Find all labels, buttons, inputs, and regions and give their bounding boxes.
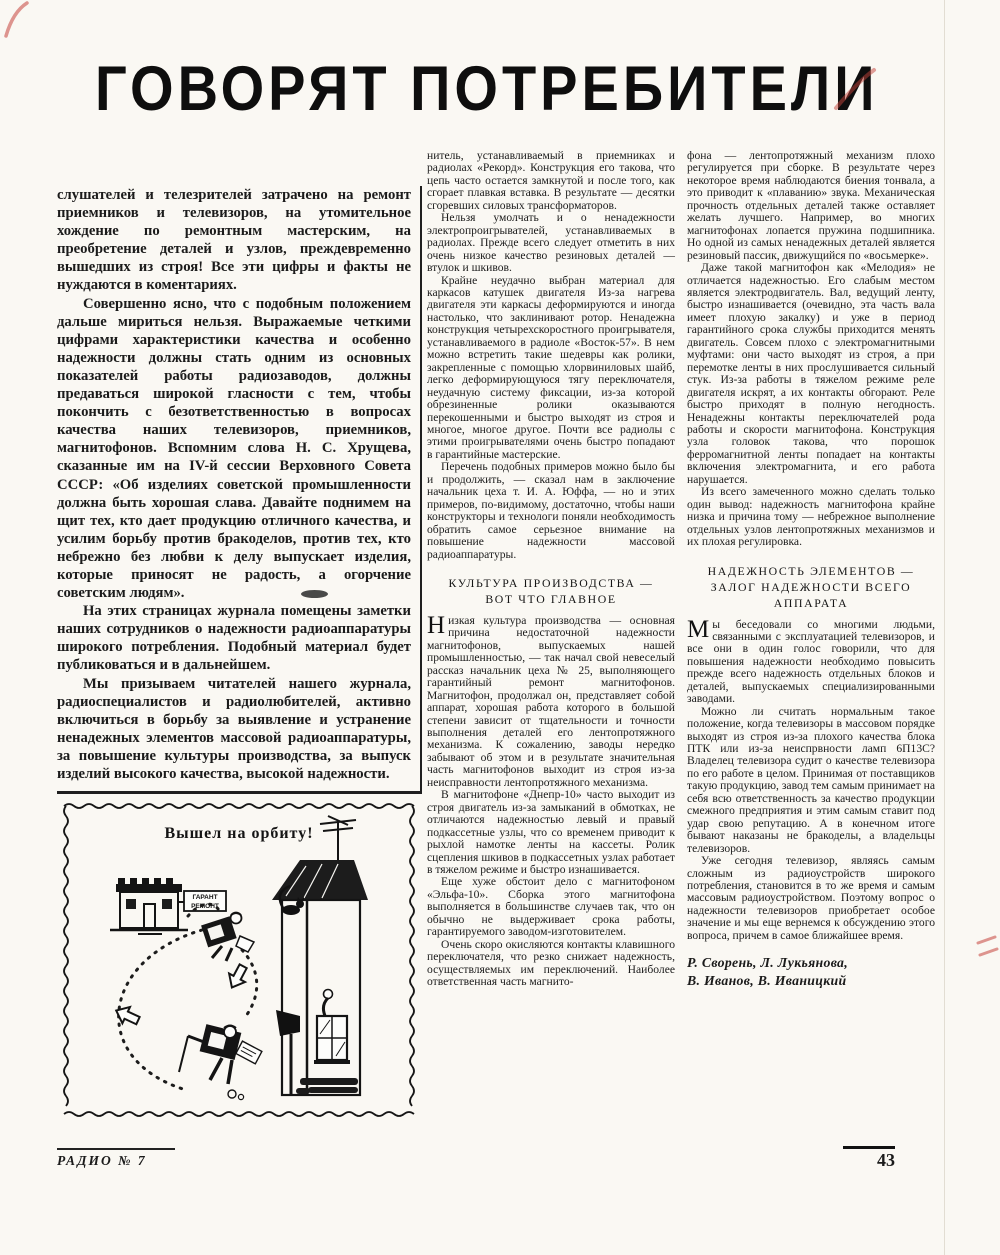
ink-smudge bbox=[301, 590, 328, 598]
article-paragraph: Перечень подобных примеров можно было бы… bbox=[427, 461, 675, 561]
orbit-dotted-path bbox=[119, 904, 257, 1090]
article-paragraph: Еще хуже обстоит дело с магнитофоном «Эл… bbox=[427, 876, 675, 938]
section-header-line: ВОТ ЧТО ГЛАВНОЕ bbox=[427, 591, 675, 607]
article-paragraph: фона — лентопротяжный механизм плохо рег… bbox=[687, 150, 935, 262]
building-window bbox=[314, 990, 350, 1065]
loudspeaker-post bbox=[276, 1010, 300, 1095]
orbit-arrow-icon bbox=[112, 962, 251, 1029]
sign-text-line1: ГАРАНТ bbox=[192, 894, 217, 901]
magazine-page-scan: ГОВОРЯТ ПОТРЕБИТЕЛИ слушателей и телезри… bbox=[0, 0, 1000, 1255]
right-column: фона — лентопротяжный механизм плохо рег… bbox=[687, 150, 935, 990]
article-paragraph: Из всего замеченного можно сделать тольк… bbox=[687, 486, 935, 548]
flying-repairman bbox=[201, 913, 254, 962]
scan-crease bbox=[944, 0, 945, 1255]
cartoon-illustration: Вышел на орбиту! ГАРАНТ РЕМОНТ bbox=[60, 798, 418, 1124]
red-pen-mark bbox=[974, 934, 1000, 970]
tv-antenna-icon bbox=[320, 816, 356, 860]
section-header-line: НАДЕЖНОСТЬ ЭЛЕМЕНТОВ — bbox=[687, 563, 935, 579]
section-header-line: АППАРАТА bbox=[687, 595, 935, 611]
article-paragraph: Можно ли считать нормальным такое положе… bbox=[687, 706, 935, 855]
article-paragraph: Очень скоро окисляются контакты клавишно… bbox=[427, 939, 675, 989]
article-paragraph: Мы беседовали со многими людьми, связанн… bbox=[687, 619, 935, 706]
article-paragraph: Нельзя умолчать и о ненадежности электро… bbox=[427, 212, 675, 274]
editorial-paragraph: слушателей и телезрителей затрачено на р… bbox=[57, 186, 411, 295]
signature-line: В. Иванов, В. Иваницкий bbox=[687, 972, 935, 990]
article-paragraph: Крайне неудачно выбран материал для карк… bbox=[427, 275, 675, 462]
journal-footer: РАДИО № 7 bbox=[57, 1148, 175, 1169]
signature-line: Р. Сворень, Л. Лукьянова, bbox=[687, 954, 935, 972]
page-number: 43 bbox=[843, 1146, 895, 1171]
article-paragraph: Уже сегодня телевизор, являясь самым сло… bbox=[687, 855, 935, 942]
rubble-logs bbox=[296, 1078, 358, 1094]
article-paragraph: Даже такой магнитофон как «Мелодия» не о… bbox=[687, 262, 935, 486]
editorial-intro-block: слушателей и телезрителей затрачено на р… bbox=[57, 186, 422, 794]
article-paragraph: нитель, устанавливаемый в приемниках и р… bbox=[427, 150, 675, 212]
page-title: ГОВОРЯТ ПОТРЕБИТЕЛИ bbox=[95, 52, 855, 125]
falling-repairman bbox=[179, 1024, 262, 1099]
section-header-culture: КУЛЬТУРА ПРОИЗВОДСТВА — ВОТ ЧТО ГЛАВНОЕ bbox=[427, 575, 675, 607]
cartoon-caption: Вышел на орбиту! bbox=[164, 825, 313, 842]
editorial-paragraph: Совершенно ясно, что с подобным положени… bbox=[57, 295, 411, 603]
section-header-line: КУЛЬТУРА ПРОИЗВОДСТВА — bbox=[427, 575, 675, 591]
section-header-reliability: НАДЕЖНОСТЬ ЭЛЕМЕНТОВ — ЗАЛОГ НАДЕЖНОСТИ … bbox=[687, 563, 935, 611]
wavy-border bbox=[64, 804, 414, 1116]
red-pen-mark bbox=[0, 0, 42, 42]
authors-signature: Р. Сворень, Л. Лукьянова, В. Иванов, В. … bbox=[687, 954, 935, 990]
editorial-paragraph: Мы призываем читателей нашего журнала, р… bbox=[57, 675, 411, 784]
article-paragraph: Низкая культура производства — основная … bbox=[427, 615, 675, 789]
article-paragraph: В магнитофоне «Днепр-10» часто выходит и… bbox=[427, 789, 675, 876]
section-header-line: ЗАЛОГ НАДЕЖНОСТИ ВСЕГО bbox=[687, 579, 935, 595]
middle-column: нитель, устанавливаемый в приемниках и р… bbox=[427, 150, 675, 989]
repair-shop-house bbox=[110, 878, 188, 934]
editorial-paragraph: На этих страницах журнала помещены замет… bbox=[57, 602, 411, 674]
